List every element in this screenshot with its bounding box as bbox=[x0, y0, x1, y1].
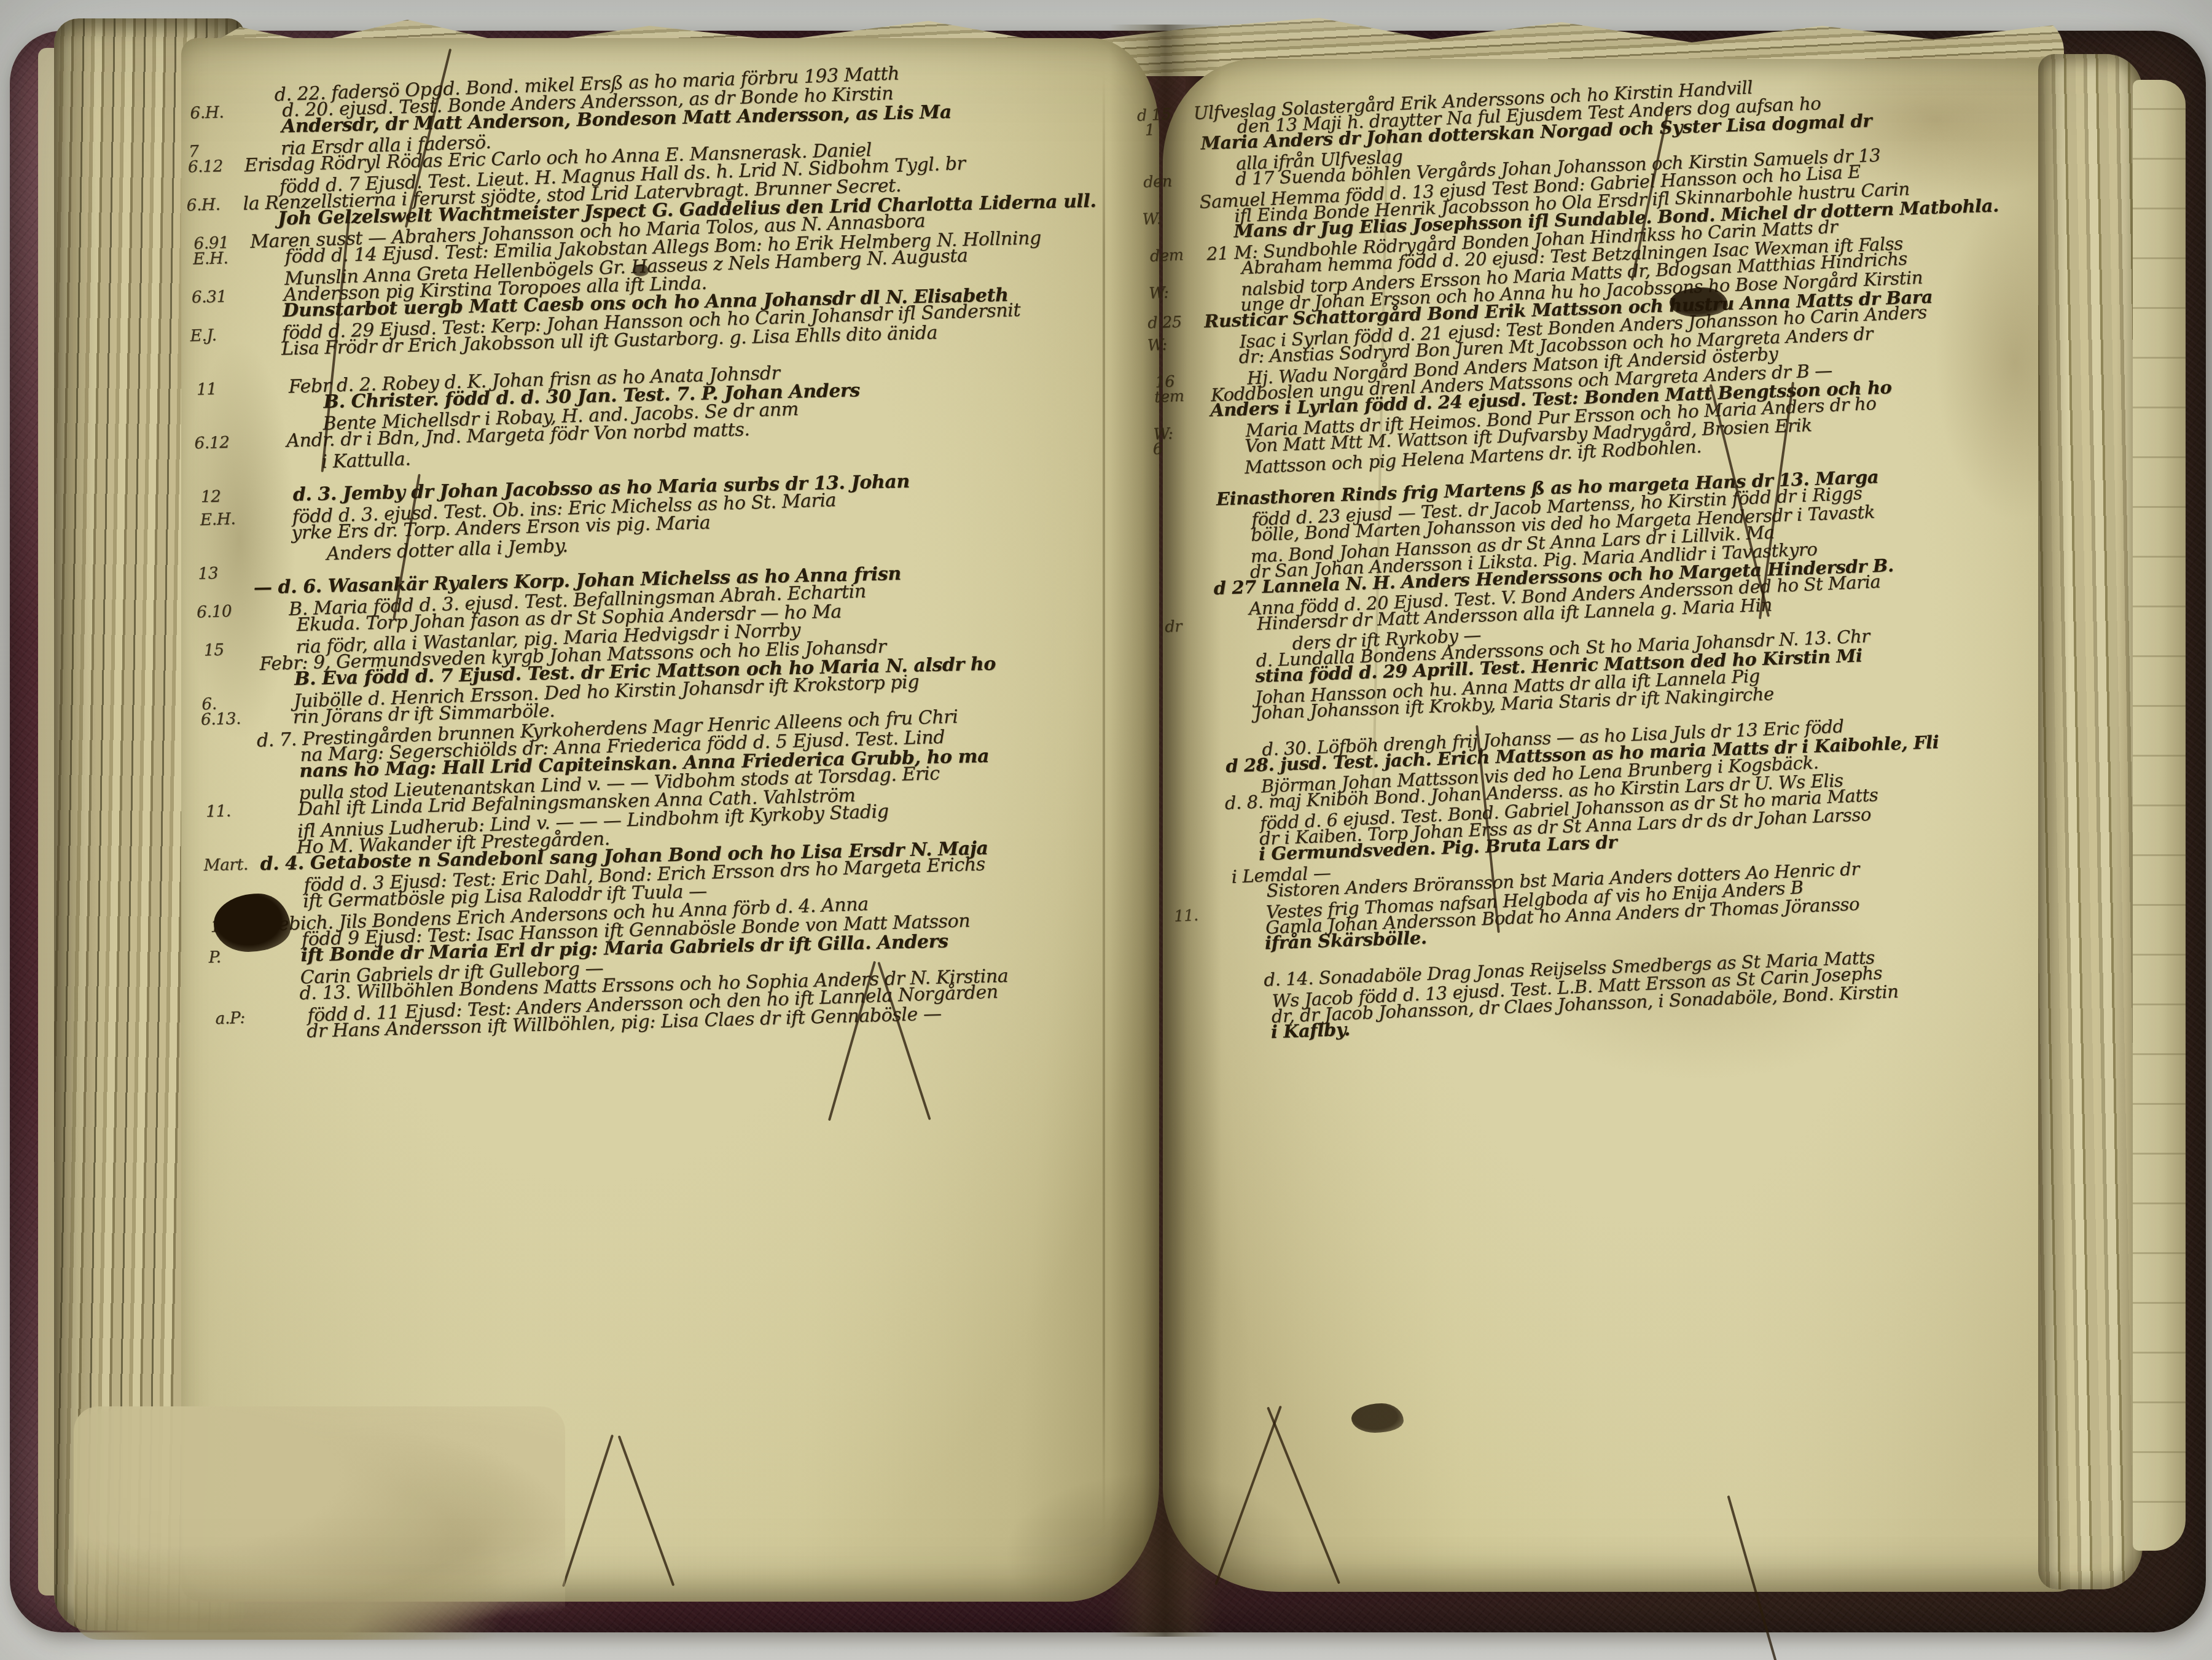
margin-mark: dem bbox=[1149, 241, 1184, 270]
margin-mark: dr bbox=[1164, 612, 1182, 641]
margin-mark: 6.H. bbox=[186, 190, 221, 220]
right-tattered-page-edges bbox=[2038, 54, 2143, 1589]
margin-mark: 6.10 bbox=[196, 597, 232, 627]
margin-mark: Mart. bbox=[203, 850, 248, 880]
margin-mark: tem bbox=[1154, 382, 1184, 411]
register-line-text: i Kaflby. bbox=[1270, 1015, 1350, 1046]
margin-mark: W: bbox=[1148, 279, 1169, 308]
margin-mark: E.J. bbox=[190, 321, 217, 350]
right-page-stack-edge bbox=[2133, 80, 2186, 1551]
margin-mark: 11. bbox=[1173, 901, 1198, 930]
margin-mark: 15 bbox=[203, 635, 224, 664]
margin-mark: 6.13. bbox=[200, 704, 241, 735]
margin-mark: W: bbox=[1142, 205, 1163, 233]
margin-mark: 15. bbox=[210, 911, 236, 941]
margin-mark: 11 bbox=[196, 375, 217, 404]
bottom-left-tattered-corner bbox=[74, 1406, 565, 1640]
margin-mark: den bbox=[1143, 167, 1172, 197]
margin-mark: E.H. bbox=[192, 244, 229, 273]
left-page-handwriting: d. 22. fadersö Opgd. Bond. mikel Ersß as… bbox=[242, 55, 1162, 1596]
margin-mark: E.H. bbox=[200, 504, 236, 534]
margin-mark: W: bbox=[1147, 330, 1168, 359]
margin-mark: 6.31 bbox=[191, 282, 227, 312]
margin-mark: 6.12 bbox=[187, 152, 223, 181]
margin-mark: a.P: bbox=[215, 1003, 246, 1034]
margin-mark: 6.12 bbox=[194, 428, 230, 458]
margin-mark: 11. bbox=[205, 797, 231, 826]
margin-mark: 13 bbox=[198, 559, 219, 588]
manuscript-photo: d. 22. fadersö Opgd. Bond. mikel Ersß as… bbox=[0, 0, 2212, 1660]
margin-mark: 6.H. bbox=[190, 98, 224, 128]
margin-mark: P. bbox=[208, 943, 221, 972]
right-page-handwriting: d 15 Ulfveslag Solastergård Erik Anderss… bbox=[1197, 62, 2107, 1594]
margin-mark: 1 bbox=[1144, 116, 1155, 145]
margin-mark: 6 bbox=[1152, 435, 1163, 464]
